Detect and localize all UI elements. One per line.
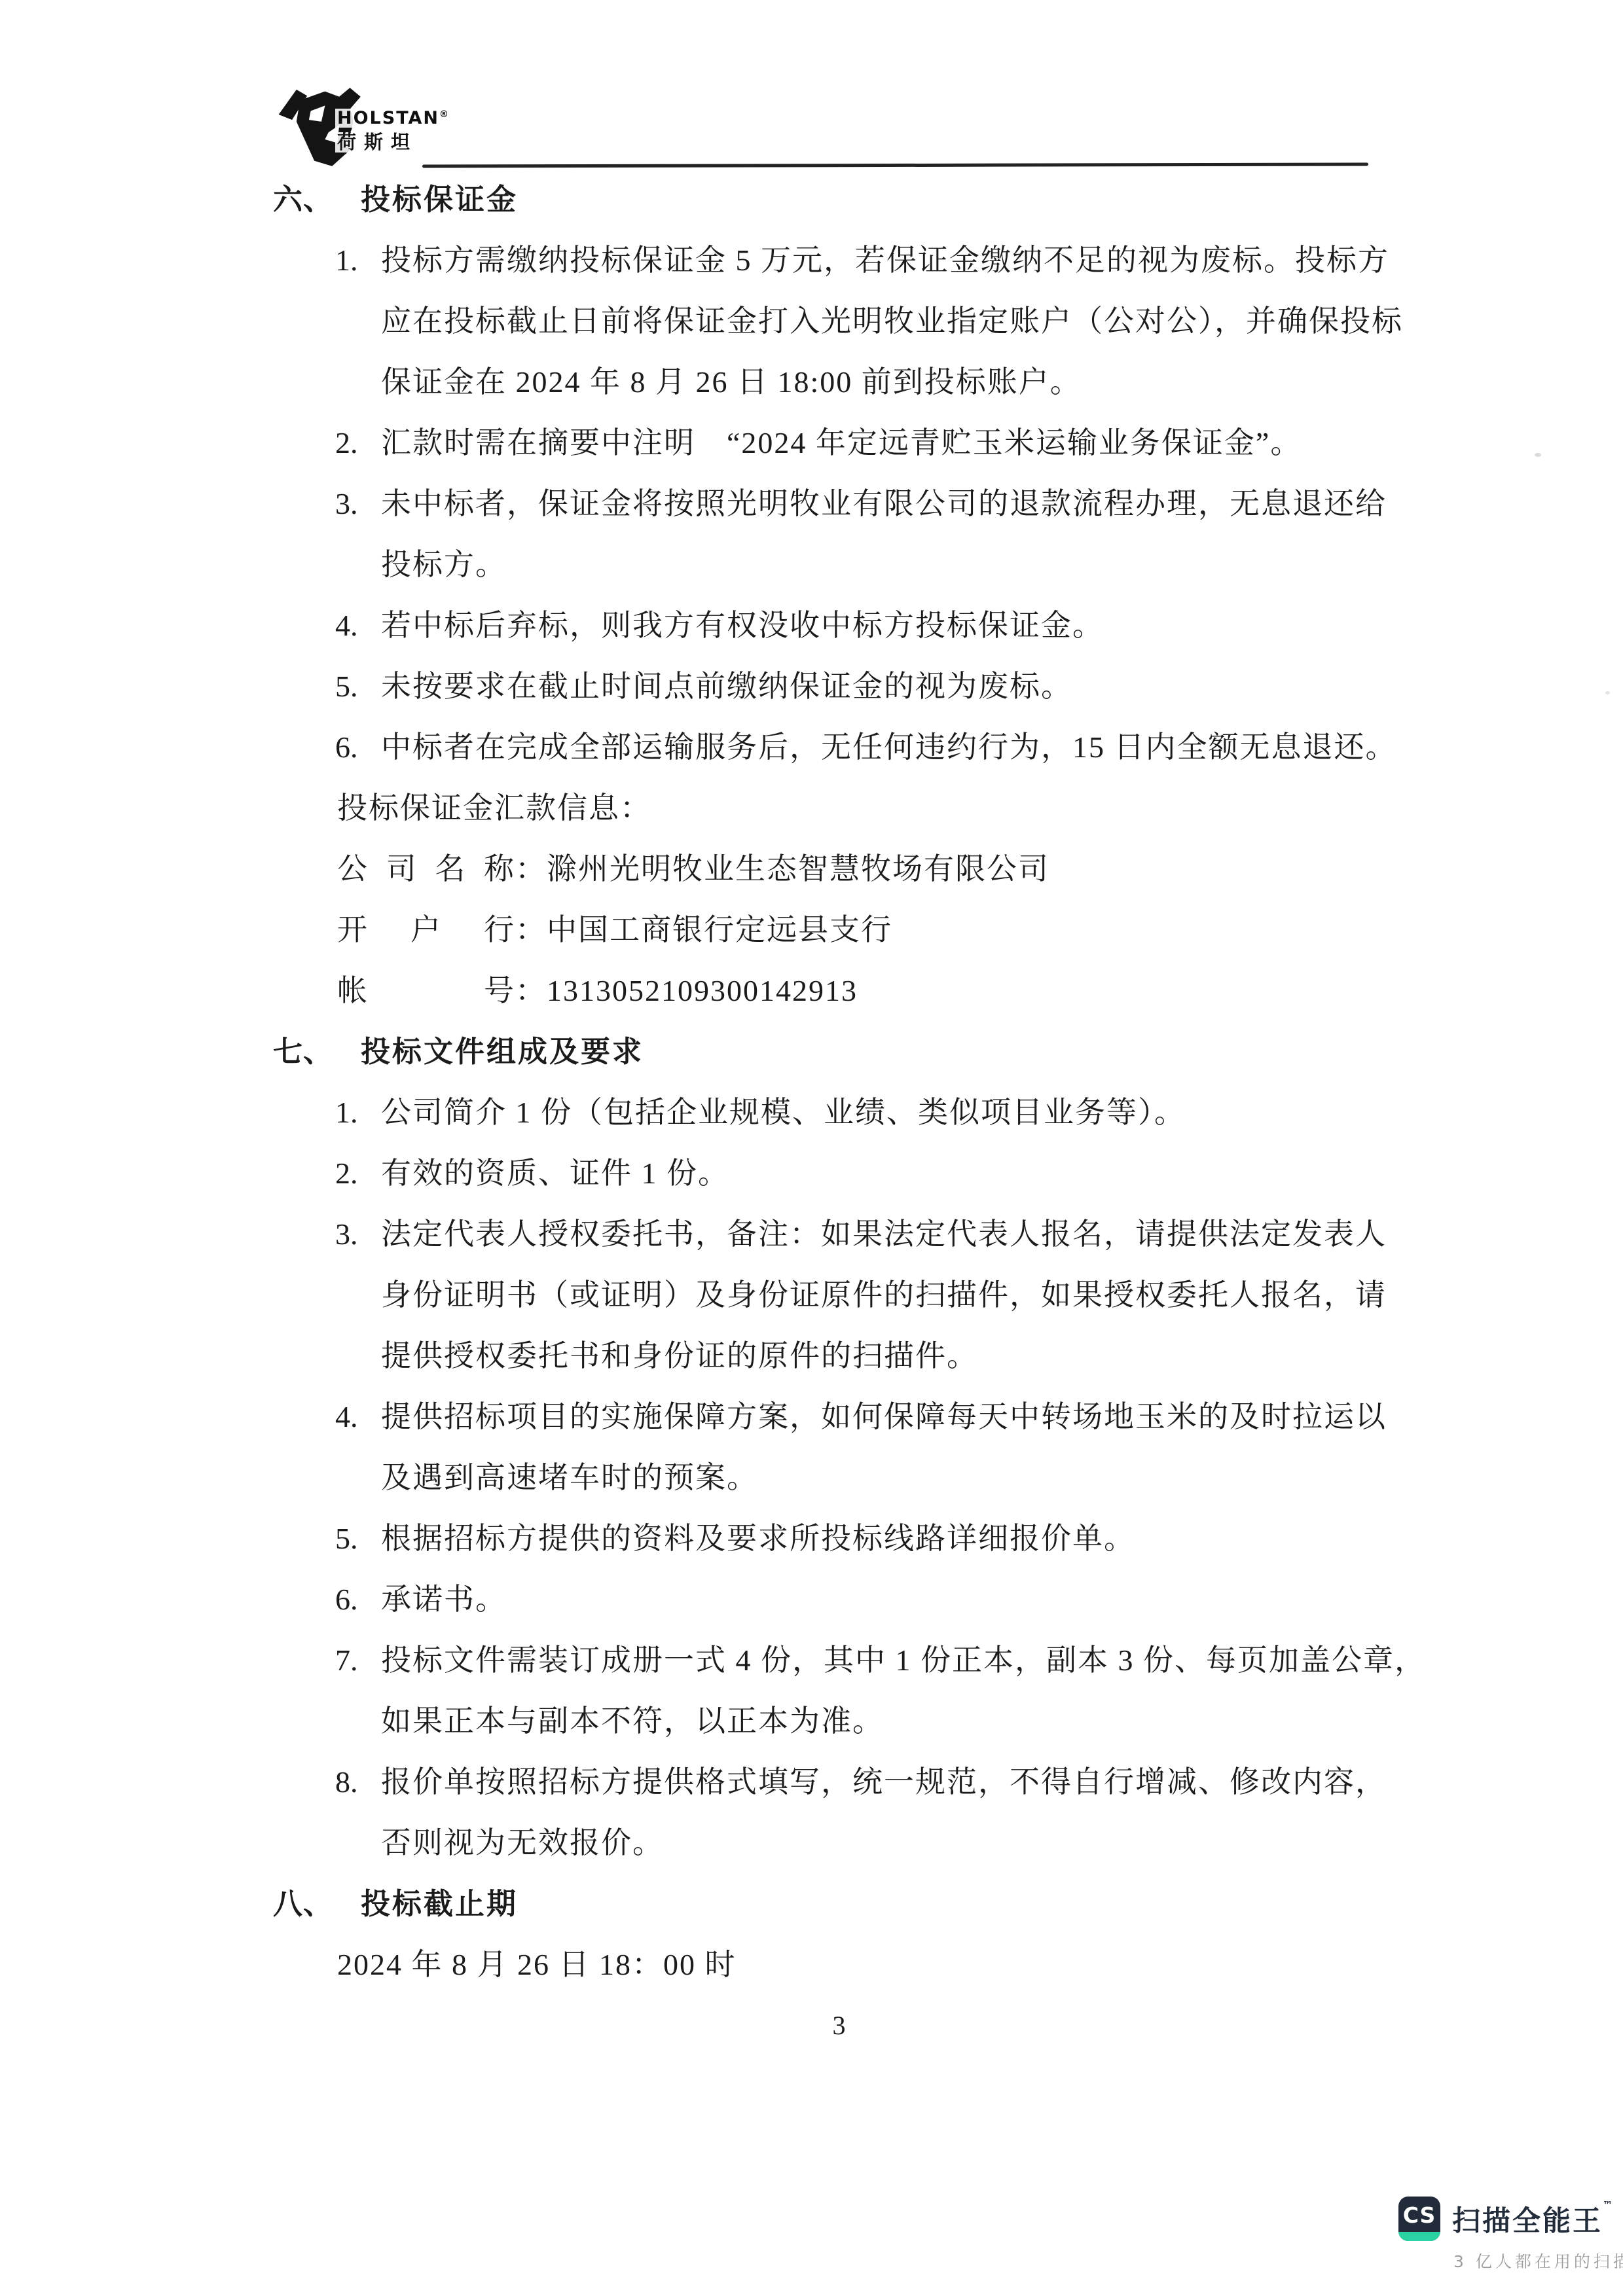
document-body: 六、投标保证金 1.投标方需缴纳投标保证金 5 万元，若保证金缴纳不足的视为废标… (0, 169, 1623, 2056)
item-text: 提供授权委托书和身份证的原件的扫描件。 (381, 1339, 978, 1372)
section-heading-6: 六、投标保证金 (0, 169, 1623, 230)
item-text: 承诺书。 (381, 1583, 507, 1616)
item-number: 3. (335, 1204, 358, 1265)
item-number: 6. (335, 717, 358, 778)
item-text: 未中标者，保证金将按照光明牧业有限公司的退款流程办理，无息退还给 (381, 487, 1387, 520)
remittance-value: 1313052109300142913 (547, 974, 858, 1007)
colon: ： (515, 852, 547, 886)
item-number: 2. (335, 1143, 358, 1204)
section-marker: 七、 (273, 1034, 333, 1069)
section-marker: 八、 (273, 1886, 333, 1921)
item-text: 投标文件需装订成册一式 4 份，其中 1 份正本，副本 3 份、每页加盖公章， (381, 1643, 1426, 1677)
section-title: 投标文件组成及要求 (361, 1034, 644, 1069)
list-item: 7.投标文件需装订成册一式 4 份，其中 1 份正本，副本 3 份、每页加盖公章… (0, 1630, 1623, 1691)
remittance-label: 开户行 (337, 899, 515, 960)
item-text: 身份证明书（或证明）及身份证原件的扫描件，如果授权委托人报名，请 (381, 1278, 1387, 1312)
remittance-row-bank: 开户行：中国工商银行定远县支行 (0, 899, 1623, 960)
list-item: 5.根据招标方提供的资料及要求所投标线路详细报价单。 (0, 1508, 1623, 1569)
item-text: 投标方需缴纳投标保证金 5 万元，若保证金缴纳不足的视为废标。投标方 (381, 243, 1389, 277)
item-text: 保证金在 2024 年 8 月 26 日 18:00 前到投标账户。 (381, 365, 1082, 399)
item-text: 及遇到高速堵车时的预案。 (381, 1461, 758, 1494)
item-number: 4. (335, 595, 358, 656)
item-number: 2. (335, 412, 358, 473)
list-item: 8.报价单按照招标方提供格式填写，统一规范，不得自行增减、修改内容， (0, 1751, 1623, 1812)
list-item: 1.投标方需缴纳投标保证金 5 万元，若保证金缴纳不足的视为废标。投标方 (0, 230, 1623, 291)
remittance-label: 帐号 (337, 960, 515, 1021)
camscanner-watermark: CS 扫描全能王™ 3 亿人都在用的扫描 App (1398, 2197, 1614, 2272)
colon: ： (515, 974, 547, 1007)
colon: ： (515, 913, 547, 946)
brand-name-chinese: 荷斯坦 (335, 132, 420, 152)
section-title: 投标截止期 (361, 1886, 518, 1921)
list-item-continuation: 否则视为无效报价。 (0, 1812, 1623, 1873)
trademark-symbol: ™ (1603, 2199, 1613, 2211)
item-text: 根据招标方提供的资料及要求所投标线路详细报价单。 (381, 1522, 1135, 1555)
item-text: 中标者在完成全部运输服务后，无任何违约行为，15 日内全额无息退还。 (381, 730, 1397, 764)
list-item-continuation: 提供授权委托书和身份证的原件的扫描件。 (0, 1325, 1623, 1386)
item-number: 1. (335, 230, 358, 291)
list-item-continuation: 及遇到高速堵车时的预案。 (0, 1447, 1623, 1508)
item-text: 公司简介 1 份（包括企业规模、业绩、类似项目业务等）。 (381, 1096, 1186, 1129)
list-item: 2.有效的资质、证件 1 份。 (0, 1143, 1623, 1204)
remittance-value: 滁州光明牧业生态智慧牧场有限公司 (547, 852, 1049, 886)
list-item: 1.公司简介 1 份（包括企业规模、业绩、类似项目业务等）。 (0, 1082, 1623, 1143)
item-number: 7. (335, 1630, 358, 1691)
item-text: 有效的资质、证件 1 份。 (381, 1157, 729, 1190)
section-heading-8: 八、投标截止期 (0, 1873, 1623, 1934)
header-divider-line (422, 162, 1368, 168)
list-item-continuation: 应在投标截止日前将保证金打入光明牧业指定账户（公对公），并确保投标 (0, 291, 1623, 351)
camscanner-app-name: 扫描全能王™ (1452, 2199, 1613, 2239)
list-item: 6.中标者在完成全部运输服务后，无任何违约行为，15 日内全额无息退还。 (0, 717, 1623, 778)
item-text: 应在投标截止日前将保证金打入光明牧业指定账户（公对公），并确保投标 (381, 304, 1403, 338)
list-item-continuation: 投标方。 (0, 534, 1623, 595)
item-number: 1. (335, 1082, 358, 1143)
item-text: 若中标后弃标，则我方有权没收中标方投标保证金。 (381, 609, 1104, 642)
item-text: 否则视为无效报价。 (381, 1826, 664, 1859)
list-item: 6.承诺书。 (0, 1569, 1623, 1630)
item-text: 汇款时需在摘要中注明 “2024 年定远青贮玉米运输业务保证金”。 (381, 426, 1302, 459)
item-text: 投标方。 (381, 548, 507, 581)
item-number: 4. (335, 1386, 358, 1447)
item-number: 5. (335, 1508, 358, 1569)
item-text: 提供招标项目的实施保障方案，如何保障每天中转场地玉米的及时拉运以 (381, 1400, 1387, 1433)
page-number: 3 (0, 1995, 1623, 2056)
remittance-label: 公司名称 (337, 838, 515, 899)
holstan-logo: HOLSTAN® 荷斯坦 (275, 82, 471, 177)
deadline-date: 2024 年 8 月 26 日 18：00 时 (0, 1934, 1623, 1995)
list-item-continuation: 身份证明书（或证明）及身份证原件的扫描件，如果授权委托人报名，请 (0, 1265, 1623, 1325)
remittance-row-account: 帐号：1313052109300142913 (0, 960, 1623, 1021)
brand-name: HOLSTAN® (335, 109, 450, 128)
registered-mark: ® (439, 109, 448, 120)
list-item: 3.未中标者，保证金将按照光明牧业有限公司的退款流程办理，无息退还给 (0, 473, 1623, 534)
remittance-intro: 投标保证金汇款信息： (0, 778, 1623, 838)
item-text: 法定代表人授权委托书，备注：如果法定代表人报名，请提供法定发表人 (381, 1217, 1387, 1251)
list-item: 2.汇款时需在摘要中注明 “2024 年定远青贮玉米运输业务保证金”。 (0, 412, 1623, 473)
list-item: 5.未按要求在截止时间点前缴纳保证金的视为废标。 (0, 656, 1623, 717)
section-title: 投标保证金 (361, 182, 518, 217)
item-text: 报价单按照招标方提供格式填写，统一规范，不得自行增减、修改内容， (381, 1765, 1387, 1799)
list-item: 3.法定代表人授权委托书，备注：如果法定代表人报名，请提供法定发表人 (0, 1204, 1623, 1265)
scanned-document-page: HOLSTAN® 荷斯坦 六、投标保证金 1.投标方需缴纳投标保证金 5 万元，… (0, 0, 1623, 2296)
list-item: 4.若中标后弃标，则我方有权没收中标方投标保证金。 (0, 595, 1623, 656)
item-text: 如果正本与副本不符，以正本为准。 (381, 1704, 884, 1738)
item-number: 3. (335, 473, 358, 534)
remittance-value: 中国工商银行定远县支行 (547, 913, 892, 946)
section-heading-7: 七、投标文件组成及要求 (0, 1021, 1623, 1082)
icon-accent-strip (1398, 2232, 1440, 2241)
item-number: 5. (335, 656, 358, 717)
list-item-continuation: 保证金在 2024 年 8 月 26 日 18:00 前到投标账户。 (0, 351, 1623, 412)
item-number: 8. (335, 1751, 358, 1812)
list-item: 4.提供招标项目的实施保障方案，如何保障每天中转场地玉米的及时拉运以 (0, 1386, 1623, 1447)
cs-initials: CS (1398, 2197, 1440, 2232)
section-marker: 六、 (273, 182, 333, 217)
remittance-row-company: 公司名称：滁州光明牧业生态智慧牧场有限公司 (0, 838, 1623, 899)
item-number: 6. (335, 1569, 358, 1630)
camscanner-tagline: 3 亿人都在用的扫描 App (1453, 2249, 1614, 2272)
list-item-continuation: 如果正本与副本不符，以正本为准。 (0, 1691, 1623, 1751)
camscanner-app-icon: CS (1398, 2197, 1440, 2241)
item-text: 未按要求在截止时间点前缴纳保证金的视为废标。 (381, 670, 1072, 703)
